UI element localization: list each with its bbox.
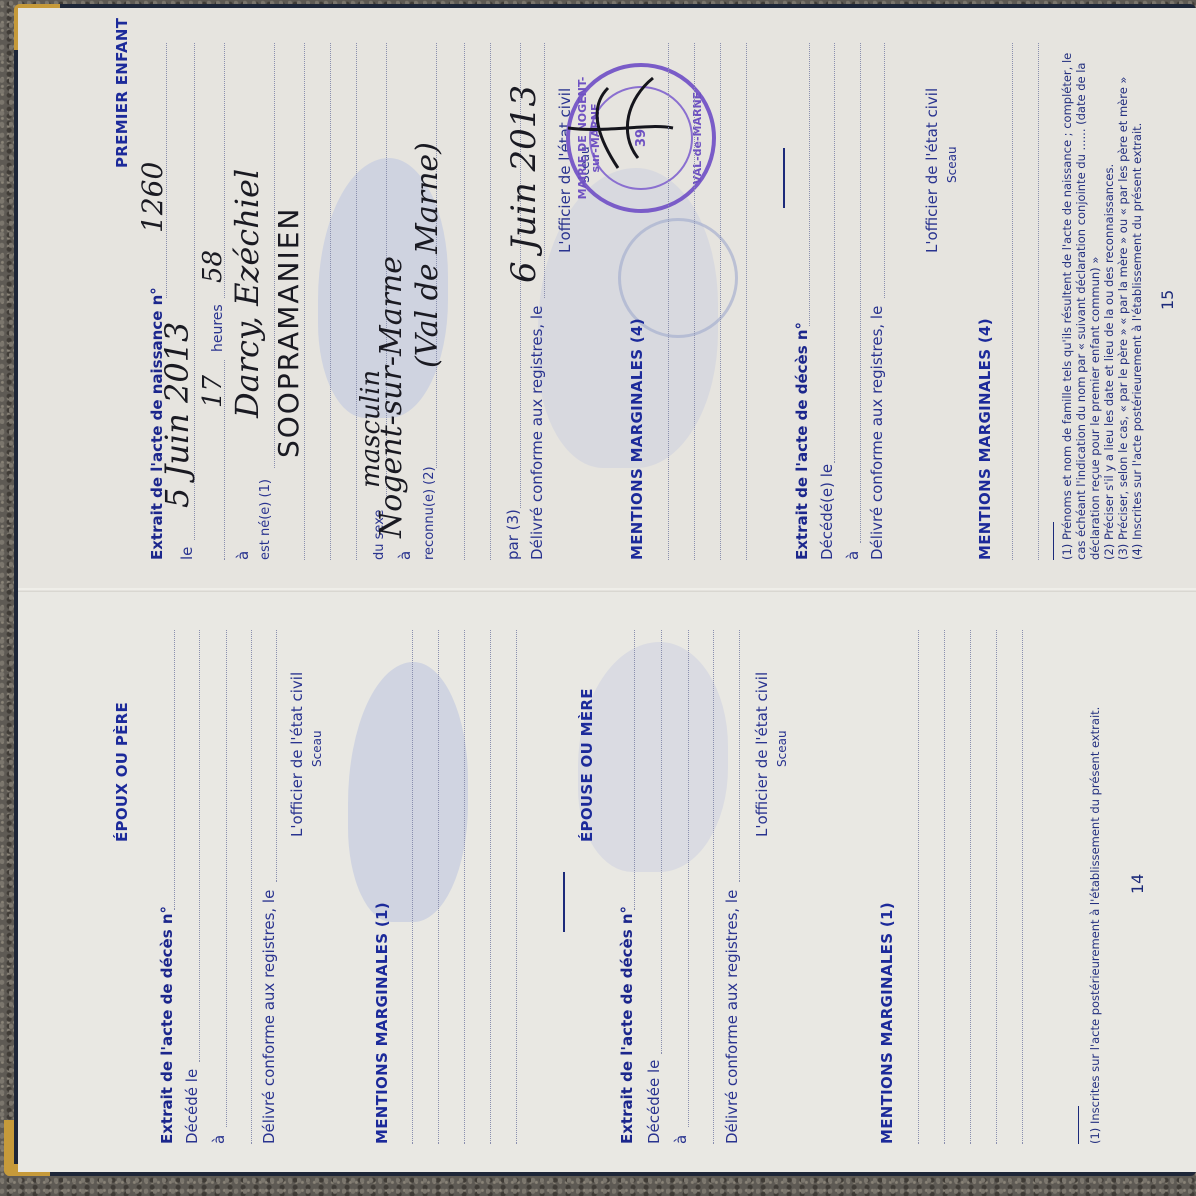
mother-issued-date-field[interactable]	[739, 630, 740, 882]
footnote-1: (1) Inscrites sur l'acte postérieurement…	[1088, 707, 1102, 1144]
surname-value: SOOPRAMANIEN	[272, 207, 305, 458]
mother-seal-label: Sceau	[775, 730, 789, 767]
birthplace-line2: (Val de Marne)	[410, 142, 445, 368]
mother-place-field[interactable]	[688, 630, 689, 1127]
father-death-number-field[interactable]	[174, 630, 175, 910]
child-place-field[interactable]	[860, 43, 861, 543]
mother-marginal-line[interactable]	[1022, 630, 1023, 1144]
separator	[783, 148, 785, 208]
birth-extract-number: 1260	[136, 162, 169, 233]
birth-minutes-value: 58	[198, 250, 228, 283]
mother-heading: ÉPOUSE OU MÈRE	[578, 688, 596, 842]
child-deceased-date-field[interactable]	[834, 43, 835, 463]
birth-place-label: à	[234, 551, 252, 560]
father-marginal-line[interactable]	[516, 630, 517, 1144]
mother-marginal-line[interactable]	[970, 630, 971, 1144]
mother-issued-label: Délivré conforme aux registres, le	[723, 890, 741, 1144]
footnote-rule	[1053, 522, 1054, 560]
father-marginal-line[interactable]	[490, 630, 491, 1144]
birthplace-label: à	[396, 551, 414, 560]
recognized-field-3[interactable]	[490, 43, 491, 560]
child-place-label: à	[844, 551, 862, 560]
footnote-1-cont2: déclaration reçue pour le premier enfant…	[1088, 257, 1102, 560]
birth-marginal-line[interactable]	[694, 43, 695, 560]
child-marginal-line[interactable]	[1012, 43, 1013, 560]
name-extra-field[interactable]	[330, 43, 331, 560]
child-issued-label: Délivré conforme aux registres, le	[868, 306, 886, 560]
father-marginal-line[interactable]	[438, 630, 439, 1144]
mother-deceased-label: Décédée le	[645, 1060, 663, 1144]
father-death-extract-label: Extrait de l'acte de décès n°	[158, 906, 176, 1144]
birth-marginal-line[interactable]	[720, 43, 721, 560]
officer-signature	[558, 68, 678, 188]
birth-hour-value: 17	[198, 375, 228, 408]
father-deceased-date-field[interactable]	[199, 630, 200, 1062]
child-issued-date-field[interactable]	[884, 43, 885, 298]
mother-marginal-heading: MENTIONS MARGINALES (1)	[878, 902, 896, 1144]
child-marginal-heading: MENTIONS MARGINALES (4)	[976, 318, 994, 560]
footnote-3: (3) Préciser, selon le cas, « par le pèr…	[1116, 77, 1130, 560]
footnote-4: (4) Inscrites sur l'acte postérieurement…	[1130, 123, 1144, 560]
child-deceased-label: Décédé(e) le	[818, 464, 836, 560]
mother-death-number-field[interactable]	[634, 630, 635, 910]
child-heading: PREMIER ENFANT	[113, 18, 131, 168]
recognized-label: reconnu(e) (2)	[422, 466, 437, 560]
mother-death-extract-label: Extrait de l'acte de décès n°	[618, 906, 636, 1144]
father-place-field-2[interactable]	[251, 630, 252, 1144]
father-marginal-line[interactable]	[464, 630, 465, 1144]
watermark-figure	[578, 642, 728, 872]
page-number-14: 14	[1128, 874, 1147, 894]
hours-label: heures	[210, 304, 226, 352]
open-booklet: ÉPOUX OU PÈRE Extrait de l'acte de décès…	[18, 12, 1196, 1172]
footnote-1: (1) Prénoms et nom de famille tels qu'il…	[1060, 53, 1074, 560]
child-death-number-field[interactable]	[809, 43, 810, 326]
father-marginal-heading: MENTIONS MARGINALES (1)	[373, 902, 391, 1144]
birth-marginal-line[interactable]	[746, 43, 747, 560]
page-15: PREMIER ENFANT Extrait de l'acte de nais…	[18, 8, 1196, 588]
birth-issued-date-field[interactable]	[544, 43, 545, 298]
footnote-rule	[1078, 1106, 1079, 1144]
birth-issued-value: 6 Juin 2013	[504, 85, 544, 283]
father-deceased-label: Décédé le	[183, 1069, 201, 1144]
watermark-figure	[348, 662, 468, 922]
by-label: par (3)	[504, 509, 522, 560]
birth-marginal-line[interactable]	[668, 43, 669, 560]
birth-issued-label: Délivré conforme aux registres, le	[528, 306, 546, 560]
father-place-label: à	[210, 1135, 228, 1144]
page-14: ÉPOUX OU PÈRE Extrait de l'acte de décès…	[18, 590, 1196, 1172]
birth-date-label: le	[178, 547, 196, 560]
mother-marginal-line[interactable]	[996, 630, 997, 1144]
father-heading: ÉPOUX OU PÈRE	[113, 702, 131, 842]
mother-marginal-line[interactable]	[918, 630, 919, 1144]
birth-date-value: 5 Juin 2013	[158, 322, 196, 508]
father-seal-label: Sceau	[310, 730, 324, 767]
born-label: est né(e) (1)	[258, 479, 273, 560]
father-place-field[interactable]	[226, 630, 227, 1127]
father-issued-date-field[interactable]	[276, 630, 277, 882]
child-death-extract-label: Extrait de l'acte de décès n°	[793, 322, 811, 560]
mother-deceased-date-field[interactable]	[661, 630, 662, 1054]
child-seal-label: Sceau	[945, 146, 959, 183]
stamp-text-bottom: VAL-de-MARNE	[691, 67, 704, 209]
page-number-15: 15	[1158, 290, 1177, 310]
recognized-field-2[interactable]	[464, 43, 465, 560]
father-marginal-line[interactable]	[412, 630, 413, 1144]
father-officer-label: L'officier de l'état civil	[288, 672, 306, 837]
mother-officer-label: L'officier de l'état civil	[753, 672, 771, 837]
father-issued-label: Délivré conforme aux registres, le	[260, 890, 278, 1144]
mother-place-label: à	[672, 1135, 690, 1144]
child-officer-label: L'officier de l'état civil	[923, 88, 941, 253]
birthplace-line1: Nogent-sur-Marne	[374, 256, 409, 538]
mother-marginal-line[interactable]	[944, 630, 945, 1144]
child-marginal-line[interactable]	[1038, 43, 1039, 560]
separator	[563, 872, 565, 932]
footnote-2: (2) Préciser s'il y a lieu les date et l…	[1102, 164, 1116, 560]
footnote-1-cont: cas échéant l'indication du nom par « su…	[1074, 63, 1088, 560]
birth-marginal-heading: MENTIONS MARGINALES (4)	[628, 318, 646, 560]
given-names-value: Darcy, Ezéchiel	[228, 169, 266, 418]
mother-place-field-2[interactable]	[713, 630, 714, 1144]
